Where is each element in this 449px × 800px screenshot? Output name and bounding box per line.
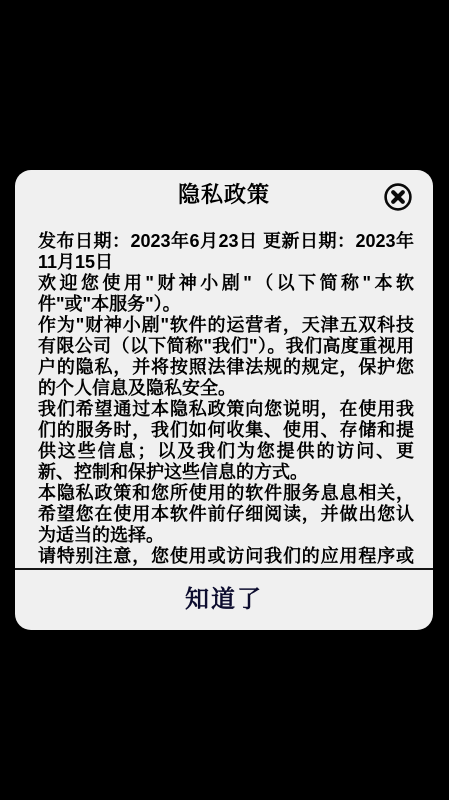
confirm-button[interactable]: 知道了 (15, 568, 433, 630)
app-screen: 隐私政策 发布日期：2023年6月23日 更新日期：2023年11月15日 欢迎… (0, 0, 449, 800)
close-button[interactable] (383, 182, 413, 212)
policy-paragraph-read: 本隐私政策和您所使用的软件服务息息相关，希望您在使用本软件前仔细阅读，并做出您认… (38, 483, 414, 546)
policy-paragraph-dates: 发布日期：2023年6月23日 更新日期：2023年11月15日 (38, 231, 414, 273)
circle-x-icon (383, 182, 413, 212)
dialog-header: 隐私政策 (15, 170, 433, 220)
policy-paragraph-operator: 作为"财神小剧"软件的运营者，天津五双科技有限公司（以下简称"我们"）。我们高度… (38, 315, 414, 399)
privacy-policy-dialog: 隐私政策 发布日期：2023年6月23日 更新日期：2023年11月15日 欢迎… (15, 170, 433, 630)
policy-text: 发布日期：2023年6月23日 更新日期：2023年11月15日 欢迎您使用"财… (38, 231, 414, 567)
policy-paragraph-welcome: 欢迎您使用"财神小剧"（以下简称"本软件"或"本服务"）。 (38, 273, 414, 315)
policy-paragraph-notice: 请特别注意，您使用或访问我们的应用程序或我们的服务，即表示您同意我们按照本《隐私… (38, 546, 414, 567)
confirm-button-label: 知道了 (185, 586, 263, 614)
dialog-title: 隐私政策 (15, 183, 433, 207)
policy-paragraph-purpose: 我们希望通过本隐私政策向您说明，在使用我们的服务时，我们如何收集、使用、存储和提… (38, 399, 414, 483)
